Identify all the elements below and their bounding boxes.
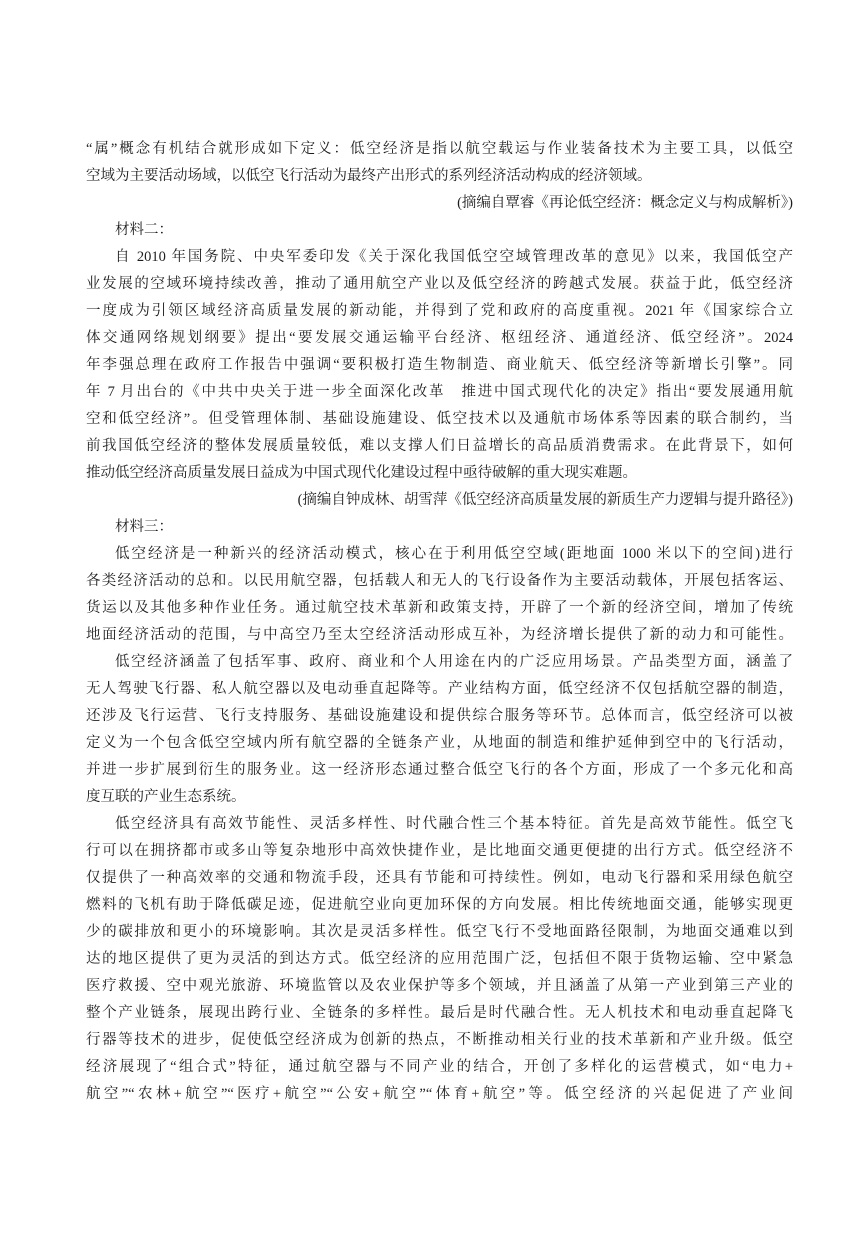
text-line: 行可以在拥挤都市或多山等复杂地形中高效快捷作业，是比地面交通更便捷的出行方式。低… bbox=[86, 838, 793, 865]
text-line: 低空经济涵盖了包括军事、政府、商业和个人用途在内的广泛应用场景。产品类型方面，涵… bbox=[86, 649, 793, 676]
citation-material-one: (摘编自覃睿《再论低空经济：概念定义与构成解析》) bbox=[86, 190, 793, 217]
text-line: 空和低空经济”。但受管理体制、基础设施建设、低空技术以及通航市场体系等因素的联合… bbox=[86, 406, 793, 433]
text-line: 无人驾驶飞行器、私人航空器以及电动垂直起降等。产业结构方面，低空经济不仅包括航空… bbox=[86, 676, 793, 703]
text-line: 地面经济活动的范围，与中高空乃至太空经济活动形成互补，为经济增长提供了新的动力和… bbox=[86, 622, 793, 649]
paragraph-material-three-c: 低空经济具有高效节能性、灵活多样性、时代融合性三个基本特征。首先是高效节能性。低… bbox=[86, 811, 793, 1108]
text-line: 前我国低空经济的整体发展质量较低，难以支撑人们日益增长的高品质消费需求。在此背景… bbox=[86, 433, 793, 460]
text-line: 体交通网络规划纲要》提出“要发展交通运输平台经济、枢纽经济、通道经济、低空经济”… bbox=[86, 325, 793, 352]
text-line: 业发展的空域环境持续改善，推动了通用航空产业以及低空经济的跨越式发展。获益于此，… bbox=[86, 271, 793, 298]
text-line: 低空经济具有高效节能性、灵活多样性、时代融合性三个基本特征。首先是高效节能性。低… bbox=[86, 811, 793, 838]
text-line: 航空”“农林+航空”“医疗+航空”“公安+航空”“体育+航空”等。低空经济的兴起… bbox=[86, 1081, 793, 1108]
heading-material-two: 材料二： bbox=[86, 217, 793, 244]
paragraph-material-three-a: 低空经济是一种新兴的经济活动模式，核心在于利用低空空域(距地面 1000 米以下… bbox=[86, 541, 793, 649]
text-line: 货运以及其他多种作业任务。通过航空技术革新和政策支持，开辟了一个新的经济空间，增… bbox=[86, 595, 793, 622]
text-line: 并进一步扩展到衍生的服务业。这一经济形态通过整合低空飞行的各个方面，形成了一个多… bbox=[86, 757, 793, 784]
document-page: “属”概念有机结合就形成如下定义：低空经济是指以航空载运与作业装备技术为主要工具… bbox=[86, 136, 793, 1108]
text-line: 空域为主要活动场域，以低空飞行活动为最终产出形式的系列经济活动构成的经济领域。 bbox=[86, 163, 793, 190]
text-line: “属”概念有机结合就形成如下定义：低空经济是指以航空载运与作业装备技术为主要工具… bbox=[86, 136, 793, 163]
text-line: 推动低空经济高质量发展日益成为中国式现代化建设过程中亟待破解的重大现实难题。 bbox=[86, 460, 793, 487]
heading-material-three: 材料三： bbox=[86, 514, 793, 541]
paragraph-material-three-b: 低空经济涵盖了包括军事、政府、商业和个人用途在内的广泛应用场景。产品类型方面，涵… bbox=[86, 649, 793, 811]
text-line: 整个产业链条，展现出跨行业、全链条的多样性。最后是时代融合性。无人机技术和电动垂… bbox=[86, 1000, 793, 1027]
text-line: 一度成为引领区域经济高质量发展的新动能，并得到了党和政府的高度重视。2021 年… bbox=[86, 298, 793, 325]
text-line: 年 7 月出台的《中共中央关于进一步全面深化改革 推进中国式现代化的决定》指出“… bbox=[86, 379, 793, 406]
text-line: 年李强总理在政府工作报告中强调“要积极打造生物制造、商业航天、低空经济等新增长引… bbox=[86, 352, 793, 379]
paragraph-material-two: 自 2010 年国务院、中央军委印发《关于深化我国低空空域管理改革的意见》以来，… bbox=[86, 244, 793, 487]
text-line: 低空经济是一种新兴的经济活动模式，核心在于利用低空空域(距地面 1000 米以下… bbox=[86, 541, 793, 568]
text-line: 行器等技术的进步，促使低空经济成为创新的热点，不断推动相关行业的技术革新和产业升… bbox=[86, 1027, 793, 1054]
text-line: 自 2010 年国务院、中央军委印发《关于深化我国低空空域管理改革的意见》以来，… bbox=[86, 244, 793, 271]
text-line: 仅提供了一种高效率的交通和物流手段，还具有节能和可持续性。例如，电动飞行器和采用… bbox=[86, 865, 793, 892]
text-line: 达的地区提供了更为灵活的到达方式。低空经济的应用范围广泛，包括但不限于货物运输、… bbox=[86, 946, 793, 973]
text-line: 各类经济活动的总和。以民用航空器，包括载人和无人的飞行设备作为主要活动载体，开展… bbox=[86, 568, 793, 595]
text-line: 少的碳排放和更小的环境影响。其次是灵活多样性。低空飞行不受地面路径限制，为地面交… bbox=[86, 919, 793, 946]
text-line: 经济展现了“组合式”特征，通过航空器与不同产业的结合，开创了多样化的运营模式，如… bbox=[86, 1054, 793, 1081]
text-line: 度互联的产业生态系统。 bbox=[86, 784, 793, 811]
text-line: 还涉及飞行运营、飞行支持服务、基础设施建设和提供综合服务等环节。总体而言，低空经… bbox=[86, 703, 793, 730]
text-line: 医疗救援、空中观光旅游、环境监管以及农业保护等多个领域，并且涵盖了从第一产业到第… bbox=[86, 973, 793, 1000]
text-line: 燃料的飞机有助于降低碳足迹，促进航空业向更加环保的方向发展。相比传统地面交通，能… bbox=[86, 892, 793, 919]
paragraph-continuation: “属”概念有机结合就形成如下定义：低空经济是指以航空载运与作业装备技术为主要工具… bbox=[86, 136, 793, 190]
citation-material-two: (摘编自钟成林、胡雪萍《低空经济高质量发展的新质生产力逻辑与提升路径》) bbox=[86, 487, 793, 514]
text-line: 定义为一个包含低空空域内所有航空器的全链条产业，从地面的制造和维护延伸到空中的飞… bbox=[86, 730, 793, 757]
